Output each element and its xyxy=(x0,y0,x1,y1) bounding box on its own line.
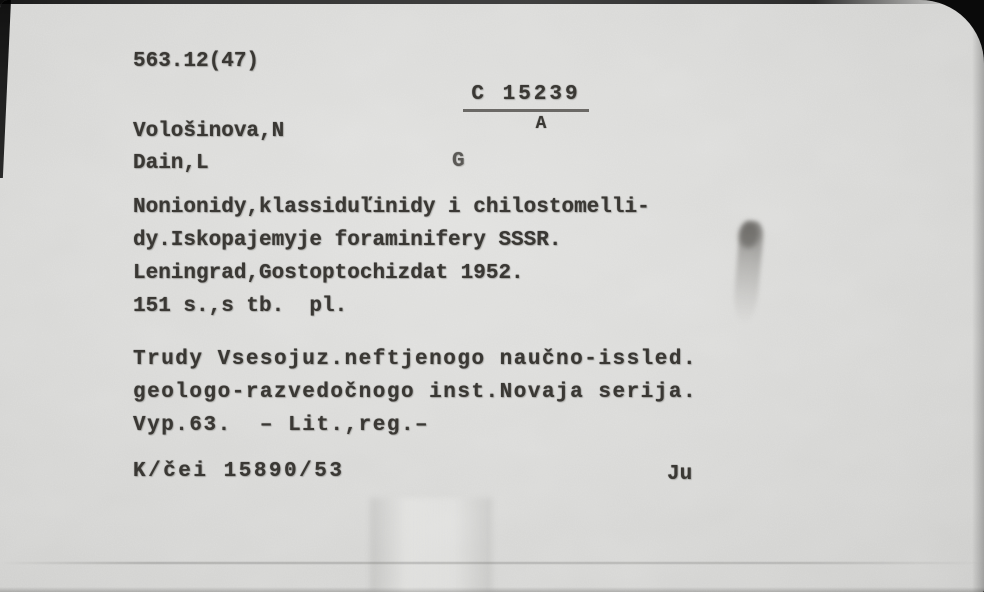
secondary-letter-mark: G xyxy=(452,150,465,173)
card-left-edge-shadow xyxy=(0,0,11,178)
classification-number: 563.12(47) xyxy=(133,50,259,73)
card-right-edge-shadow xyxy=(972,0,984,592)
title-line-2: dy.Iskopajemyje foraminifery SSSR. xyxy=(133,229,561,252)
author-name-2: Dain,L xyxy=(133,152,209,175)
accession-number: K/čei 15890/53 xyxy=(133,460,344,483)
filing-mark: Ju xyxy=(667,463,692,486)
call-number: C 15239 xyxy=(463,83,588,112)
series-line-3: Vyp.63. – Lit.,reg.– xyxy=(133,414,429,437)
series-line-2: geologo-razvedočnogo inst.Novaja serija. xyxy=(133,381,697,404)
card-top-edge-shadow xyxy=(0,0,958,4)
call-number-shelf-letter: A xyxy=(450,114,602,134)
collation-line: 151 s.,s tb. pl. xyxy=(133,295,347,318)
author-name-1: Vološinova,N xyxy=(133,120,284,143)
title-line-1: Nonionidy,klassiduľinidy i chilostomelli… xyxy=(133,196,650,219)
imprint-line: Leningrad,Gostoptochizdat 1952. xyxy=(133,262,524,285)
crease-line xyxy=(0,562,984,564)
scanned-card-photo: 563.12(47) C 15239 A Vološinova,N Dain,L… xyxy=(0,0,984,592)
catalog-card: 563.12(47) C 15239 A Vološinova,N Dain,L… xyxy=(0,0,984,592)
series-line-1: Trudy Vsesojuz.neftjenogo naučno-issled. xyxy=(133,348,697,371)
card-bottom-edge-shadow xyxy=(0,587,984,592)
call-number-block: C 15239 A xyxy=(450,83,602,134)
paper-stain xyxy=(370,498,492,592)
